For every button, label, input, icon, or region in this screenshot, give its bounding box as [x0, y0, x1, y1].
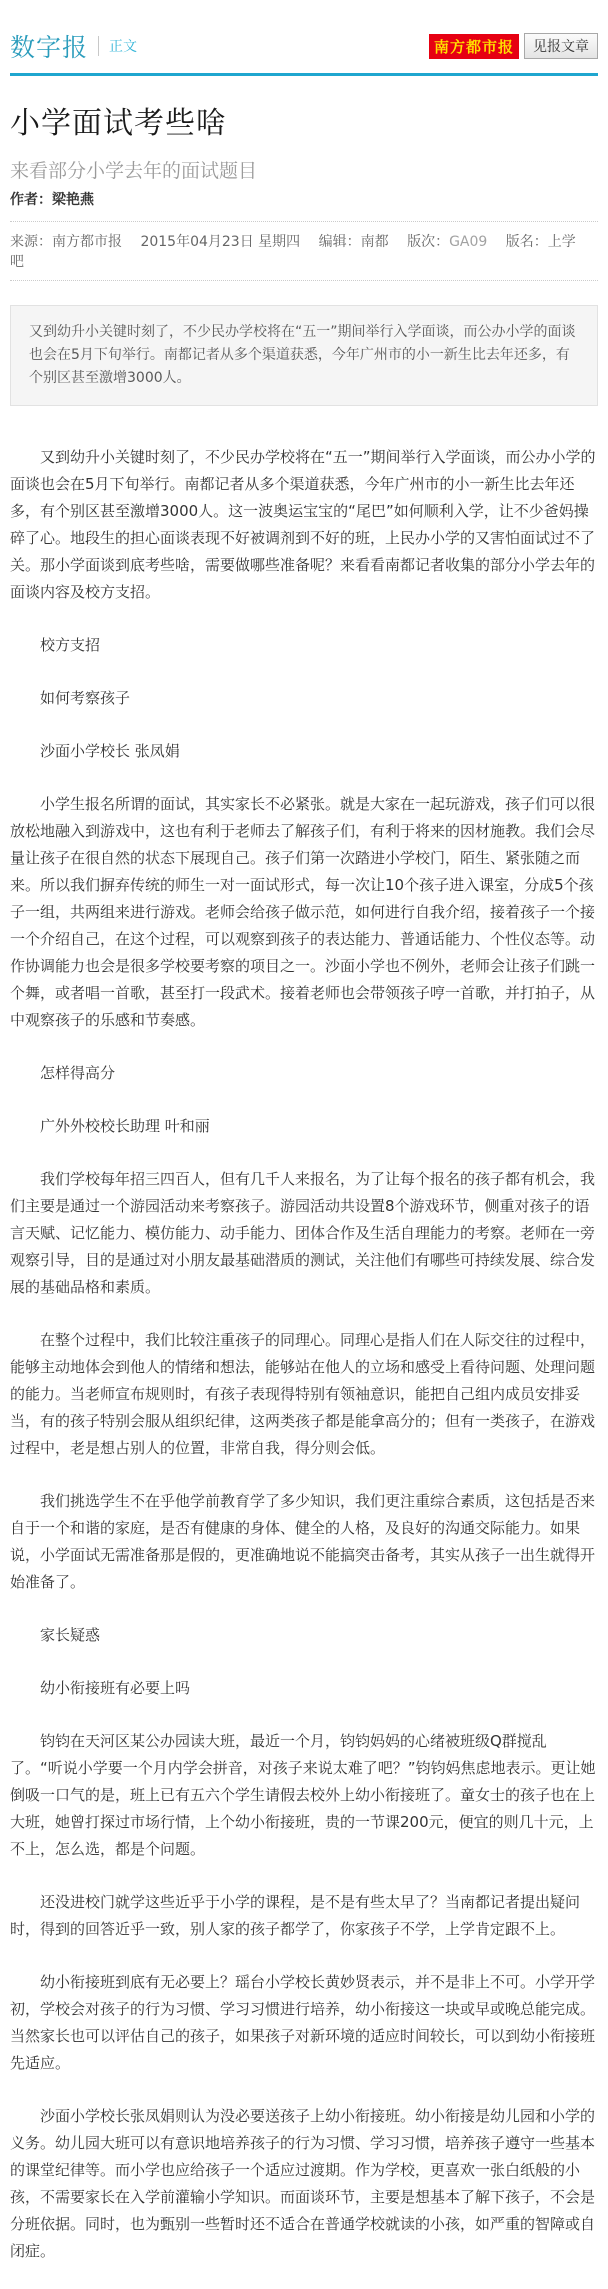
speaker-name: 广外外校校长助理 叶和丽 — [10, 1113, 598, 1140]
article-paragraph: 幼小衔接班到底有无必要上？瑶台小学校长黄妙贤表示，并不是非上不可。小学开学初，学… — [10, 1969, 598, 2077]
article-page: 数字报 正文 南方都市报 见报文章 小学面试考些啥 来看部分小学去年的面试题目 … — [0, 0, 608, 2289]
article-paragraph: 还没进校门就学这些近乎于小学的课程，是不是有些太早了？当南都记者提出疑问时，得到… — [10, 1889, 598, 1943]
header-divider — [98, 36, 99, 56]
meta-source: 来源：南方都市报 — [10, 234, 122, 250]
article-paragraph: 小学生报名所谓的面试，其实家长不必紧张。就是大家在一起玩游戏，孩子们可以很放松地… — [10, 791, 598, 1034]
meta-edition-value: GA09 — [449, 234, 487, 250]
site-logo[interactable]: 数字报 — [10, 28, 88, 64]
article-paragraph: 沙面小学校长张凤娟则认为没必要送孩子上幼小衔接班。幼小衔接是幼儿园和小学的义务。… — [10, 2103, 598, 2265]
summary-box: 又到幼升小关键时刻了，不少民办学校将在“五一”期间举行入学面谈，而公办小学的面谈… — [10, 305, 598, 406]
header: 数字报 正文 南方都市报 见报文章 — [10, 0, 598, 64]
meta-edition-label: 版次： — [407, 234, 449, 250]
article-subtitle: 来看部分小学去年的面试题目 — [10, 156, 598, 183]
article-body: 又到幼升小关键时刻了，不少民办学校将在“五一”期间举行入学面谈，而公办小学的面谈… — [10, 444, 598, 2265]
section-heading-bridge-class: 幼小衔接班有必要上吗 — [10, 1675, 598, 1702]
header-actions: 南方都市报 见报文章 — [429, 33, 598, 59]
speaker-name: 沙面小学校长 张凤娟 — [10, 738, 598, 765]
article-paragraph: 我们挑选学生不在乎他学前教育学了多少知识，我们更注重综合素质，这包括是否来自于一… — [10, 1488, 598, 1596]
article-paragraph: 在整个过程中，我们比较注重孩子的同理心。同理心是指人们在人际交往的过程中，能够主… — [10, 1327, 598, 1462]
article-paragraph: 又到幼升小关键时刻了，不少民办学校将在“五一”期间举行入学面谈，而公办小学的面谈… — [10, 444, 598, 606]
section-heading-school-tips: 校方支招 — [10, 632, 598, 659]
section-heading-high-score: 怎样得高分 — [10, 1060, 598, 1087]
section-heading-parent-doubts: 家长疑惑 — [10, 1622, 598, 1649]
view-printed-article-button[interactable]: 见报文章 — [524, 33, 598, 59]
section-heading-how-to-assess: 如何考察孩子 — [10, 685, 598, 712]
article-meta: 来源：南方都市报 2015年04月23日 星期四 编辑：南都 版次：GA09 版… — [10, 221, 598, 281]
breadcrumb-section: 正文 — [109, 36, 137, 56]
article-paragraph: 钧钧在天河区某公办园读大班，最近一个月，钧钧妈妈的心绪被班级Q群搅乱了。“听说小… — [10, 1728, 598, 1863]
page-title: 小学面试考些啥 — [10, 98, 598, 142]
meta-date: 2015年04月23日 星期四 — [140, 234, 300, 250]
newspaper-logo-badge[interactable]: 南方都市报 — [429, 34, 519, 59]
header-rule — [10, 73, 598, 76]
article-author: 作者：梁艳燕 — [10, 189, 598, 209]
meta-editor: 编辑：南都 — [319, 234, 389, 250]
article-paragraph: 我们学校每年招三四百人，但有几千人来报名，为了让每个报名的孩子都有机会，我们主要… — [10, 1166, 598, 1301]
